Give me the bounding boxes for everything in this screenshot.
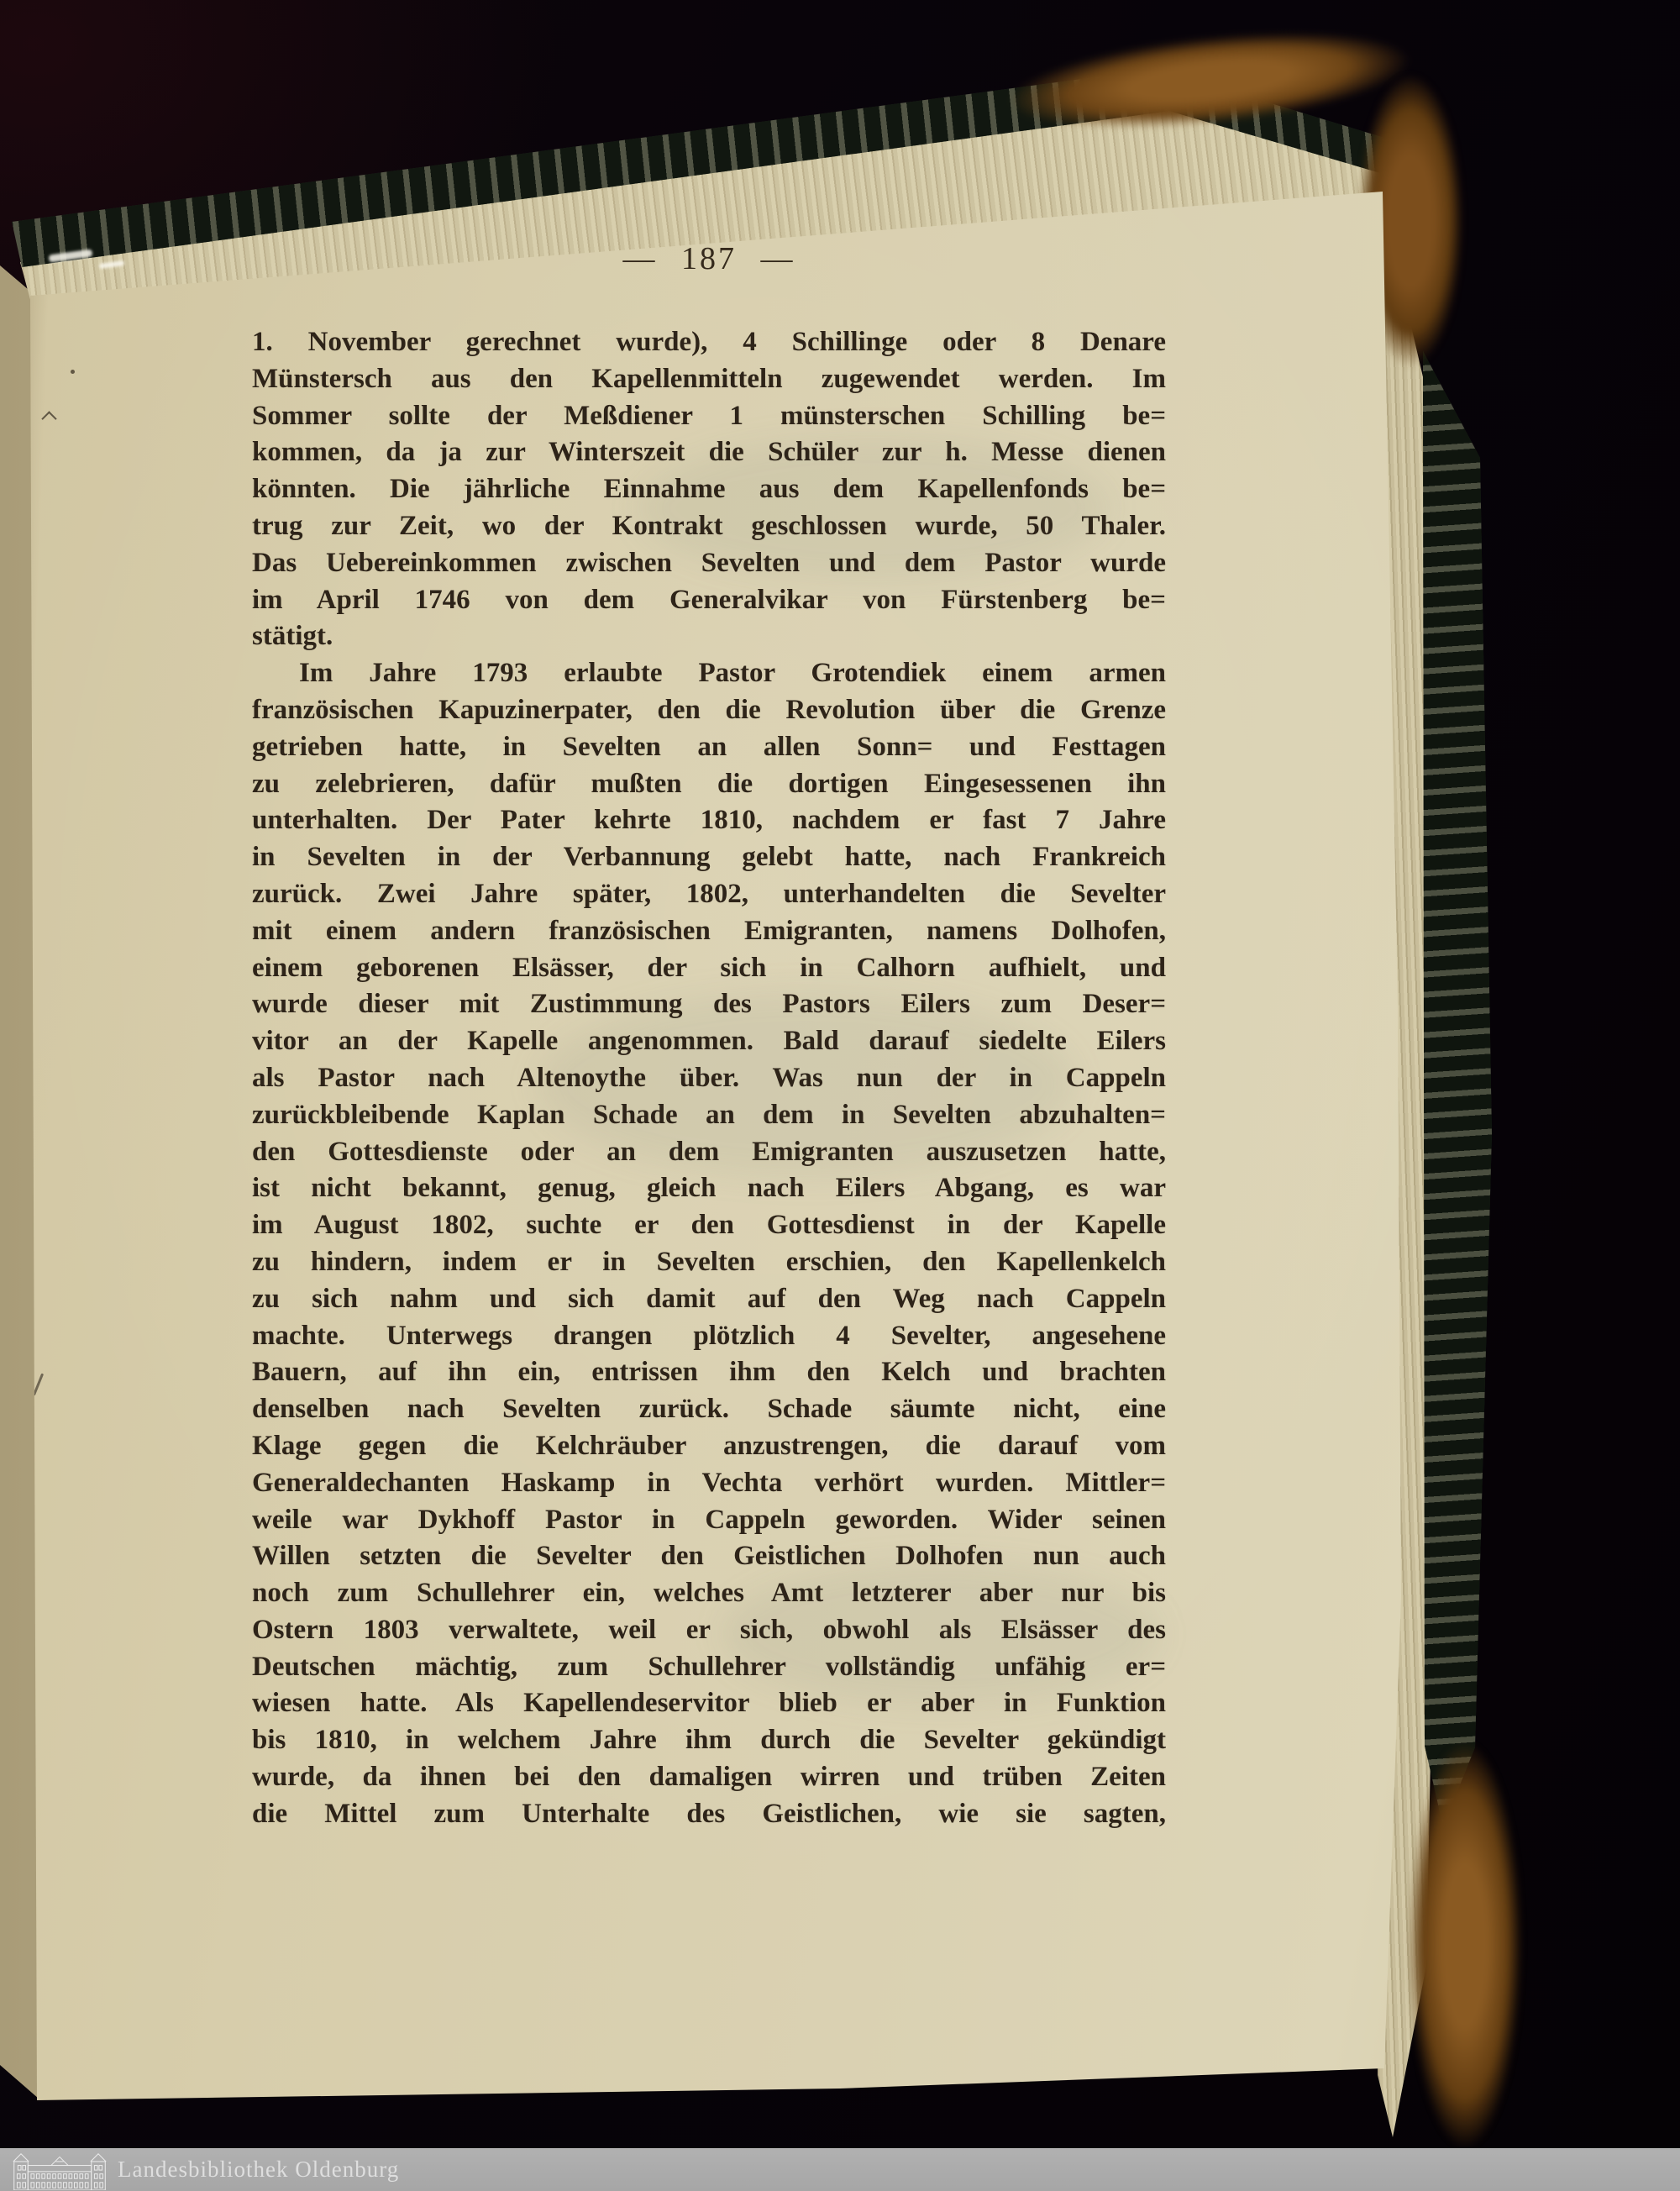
text-line: mit einem andern französischen Emigrante… — [252, 913, 1166, 950]
text-line: weile war Dykhoff Pastor in Cappeln gewo… — [252, 1502, 1166, 1539]
text-line: trug zur Zeit, wo der Kontrakt geschloss… — [252, 508, 1166, 545]
text-line: kommen, da ja zur Winterszeit die Schüle… — [252, 434, 1166, 471]
library-building-icon — [8, 2152, 111, 2190]
text-line: zu hindern, indem er in Sevelten erschie… — [252, 1244, 1166, 1281]
text-line: bis 1810, in welchem Jahre ihm durch die… — [252, 1722, 1166, 1759]
watermark-bar: Landesbibliothek Oldenburg — [0, 2148, 1680, 2191]
text-line: Das Uebereinkommen zwischen Sevelten und… — [252, 545, 1166, 582]
text-line: im April 1746 von dem Generalvikar von F… — [252, 582, 1166, 619]
text-line: zurück. Zwei Jahre später, 1802, unterha… — [252, 876, 1166, 913]
text-line: getrieben hatte, in Sevelten an allen So… — [252, 729, 1166, 766]
text-line: zurückbleibende Kaplan Schade an dem in … — [252, 1097, 1166, 1134]
text-line: Bauern, auf ihn ein, entrissen ihm den K… — [252, 1354, 1166, 1391]
text-line: Klage gegen die Kelchräuber anzustrengen… — [252, 1428, 1166, 1465]
worn-leather-right-lower — [1408, 1741, 1522, 2149]
text-line: wiesen hatte. Als Kapellendeservitor bli… — [252, 1685, 1166, 1722]
text-line: stätigt. — [252, 618, 1166, 655]
text-line: vitor an der Kapelle angenommen. Bald da… — [252, 1023, 1166, 1060]
text-line: französischen Kapuzinerpater, den die Re… — [252, 692, 1166, 729]
text-line: zu sich nahm und sich damit auf den Weg … — [252, 1281, 1166, 1318]
text-line: Ostern 1803 verwaltete, weil er sich, ob… — [252, 1612, 1166, 1649]
text-line: zu zelebrieren, dafür mußten die dortige… — [252, 766, 1166, 803]
text-line: unterhalten. Der Pater kehrte 1810, nach… — [252, 802, 1166, 839]
text-line: den Gottesdienste oder an dem Emigranten… — [252, 1134, 1166, 1171]
library-wordmark: Landesbibliothek Oldenburg — [118, 2148, 399, 2191]
text-line: Sommer sollte der Meßdiener 1 münstersch… — [252, 398, 1166, 435]
text-line: denselben nach Sevelten zurück. Schade s… — [252, 1391, 1166, 1428]
text-line: wurde, da ihnen bei den damaligen wirren… — [252, 1759, 1166, 1796]
text-line: könnten. Die jährliche Einnahme aus dem … — [252, 471, 1166, 508]
text-line: noch zum Schullehrer ein, welches Amt le… — [252, 1575, 1166, 1612]
ink-speck — [71, 370, 75, 374]
text-line: im August 1802, suchte er den Gottesdien… — [252, 1207, 1166, 1244]
text-line: Deutschen mächtig, zum Schullehrer volls… — [252, 1649, 1166, 1686]
text-line: 1. November gerechnet wurde), 4 Schillin… — [252, 324, 1166, 361]
text-line: Generaldechanten Haskamp in Vechta verhö… — [252, 1465, 1166, 1502]
text-line: in Sevelten in der Verbannung gelebt hat… — [252, 839, 1166, 876]
body-text: 1. November gerechnet wurde), 4 Schillin… — [252, 324, 1166, 1833]
text-line: Willen setzten die Sevelter den Geistlic… — [252, 1538, 1166, 1575]
text-line: Münstersch aus den Kapellenmitteln zugew… — [252, 361, 1166, 398]
text-line: ist nicht bekannt, genug, gleich nach Ei… — [252, 1170, 1166, 1207]
text-line: wurde dieser mit Zustimmung des Pastors … — [252, 986, 1166, 1023]
text-line: Im Jahre 1793 erlaubte Pastor Grotendiek… — [252, 655, 1166, 692]
text-line: die Mittel zum Unterhalte des Geistliche… — [252, 1796, 1166, 1833]
text-line: einem geborenen Elsässer, der sich in Ca… — [252, 950, 1166, 987]
text-line: machte. Unterwegs drangen plötzlich 4 Se… — [252, 1318, 1166, 1355]
text-line: als Pastor nach Altenoythe über. Was nun… — [252, 1060, 1166, 1097]
